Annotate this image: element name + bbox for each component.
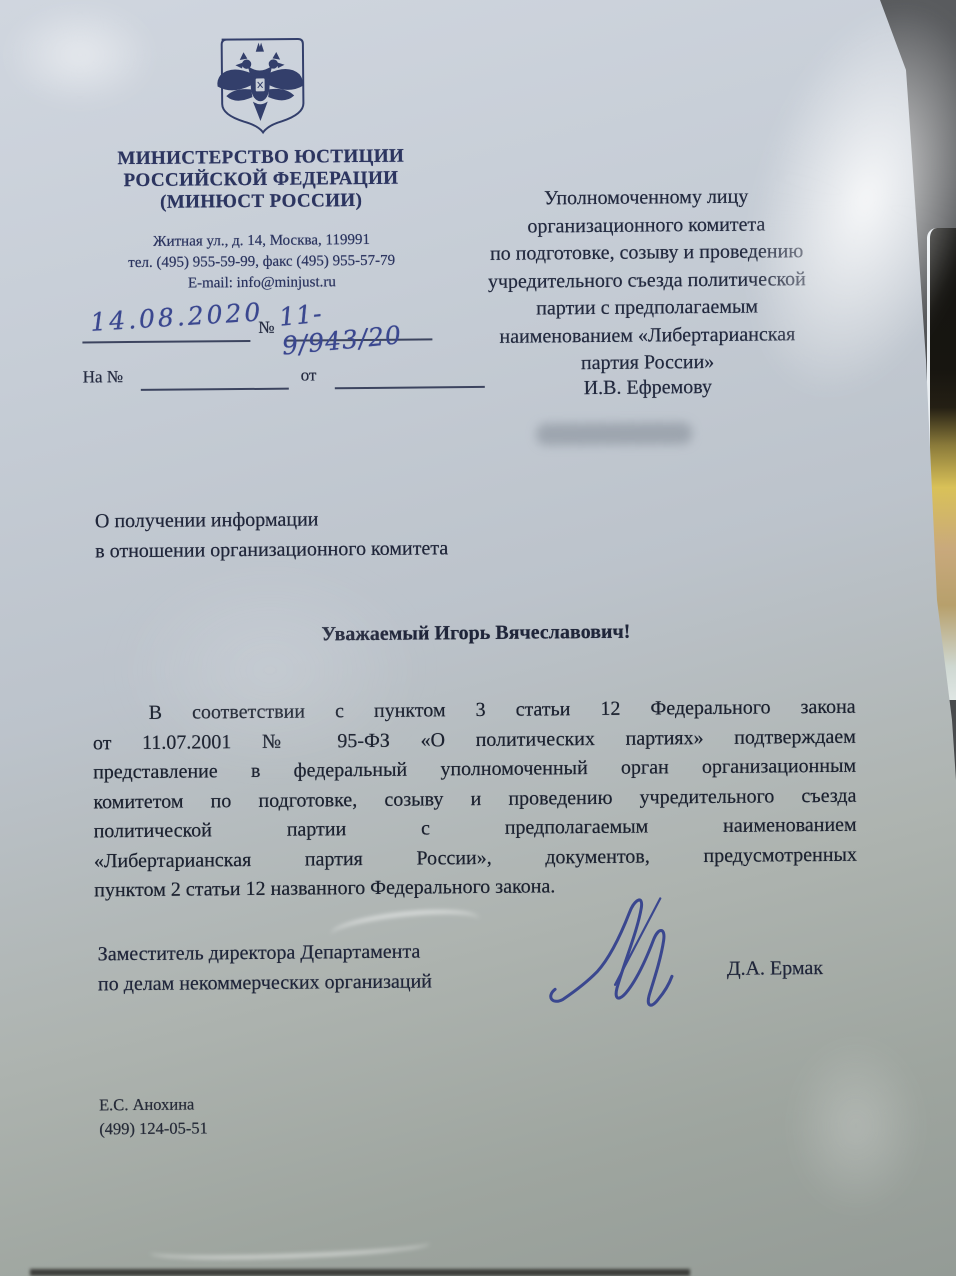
addressee-name: И.В. Ефремову xyxy=(426,375,870,402)
org-name-line: РОССИЙСКОЙ ФЕДЕРАЦИИ xyxy=(68,167,454,192)
handwritten-number: 11-9/943/20 xyxy=(278,287,445,360)
reply-number-rule xyxy=(141,388,289,391)
handwritten-date: 14.08.2020 xyxy=(89,297,264,337)
signature-autograph-icon xyxy=(542,884,713,1017)
subject-line: О получении информации xyxy=(95,503,448,536)
addressee-line: учредительного съезда политической xyxy=(425,265,869,296)
date-rule xyxy=(82,340,250,343)
photographed-letter-scene: МИНИСТЕРСТВО ЮСТИЦИИ РОССИЙСКОЙ ФЕДЕРАЦИ… xyxy=(0,0,956,1276)
blurred-text-smudge xyxy=(536,422,692,445)
signer-position-line: по делам некоммерческих организаций xyxy=(98,966,432,999)
addressee-block: Уполномоченному лицу организационного ко… xyxy=(424,183,870,379)
org-name-line: (МИНЮСТ РОССИИ) xyxy=(68,189,454,214)
body-paragraph: В соответствии с пунктом 3 статьи 12 Фед… xyxy=(93,693,858,906)
addressee-line: организационного комитета xyxy=(424,210,868,241)
executor-block: Е.С. Анохина (499) 124-05-51 xyxy=(99,1092,208,1141)
addressee-line: наименованием «Либертарианская xyxy=(425,320,869,351)
subject-line: в отношении организационного комитета xyxy=(95,533,448,566)
executor-phone: (499) 124-05-51 xyxy=(99,1116,208,1141)
letter-content: МИНИСТЕРСТВО ЮСТИЦИИ РОССИЙСКОЙ ФЕДЕРАЦИ… xyxy=(0,0,956,1276)
addressee-line: по подготовке, созыву и проведению xyxy=(425,238,869,269)
reply-reference-row: На № от xyxy=(83,356,443,389)
body-line: пунктом 2 статьи 12 названного Федеральн… xyxy=(94,870,857,906)
coat-of-arms-icon xyxy=(208,35,313,136)
subject-block: О получении информации в отношении орган… xyxy=(95,503,448,566)
salutation: Уважаемый Игорь Вячеславович! xyxy=(95,619,857,649)
registration-block: 14.08.2020 № 11-9/943/20 На № от xyxy=(82,298,442,301)
background-edge-shadow xyxy=(30,1269,690,1276)
number-sign-label: № xyxy=(258,318,274,338)
letter-page: МИНИСТЕРСТВО ЮСТИЦИИ РОССИЙСКОЙ ФЕДЕРАЦИ… xyxy=(0,0,956,1276)
addressee-line: Уполномоченному лицу xyxy=(424,183,868,214)
signer-position-line: Заместитель директора Департамента xyxy=(98,936,432,969)
signer-name: Д.А. Ермак xyxy=(727,957,823,981)
executor-name: Е.С. Анохина xyxy=(99,1092,208,1117)
reply-date-label: от xyxy=(301,365,317,385)
signer-position: Заместитель директора Департамента по де… xyxy=(98,936,432,999)
reply-number-label: На № xyxy=(83,367,123,387)
letterhead: МИНИСТЕРСТВО ЮСТИЦИИ РОССИЙСКОЙ ФЕДЕРАЦИ… xyxy=(67,34,455,295)
addressee-line: партии с предполагаемым xyxy=(425,293,869,324)
